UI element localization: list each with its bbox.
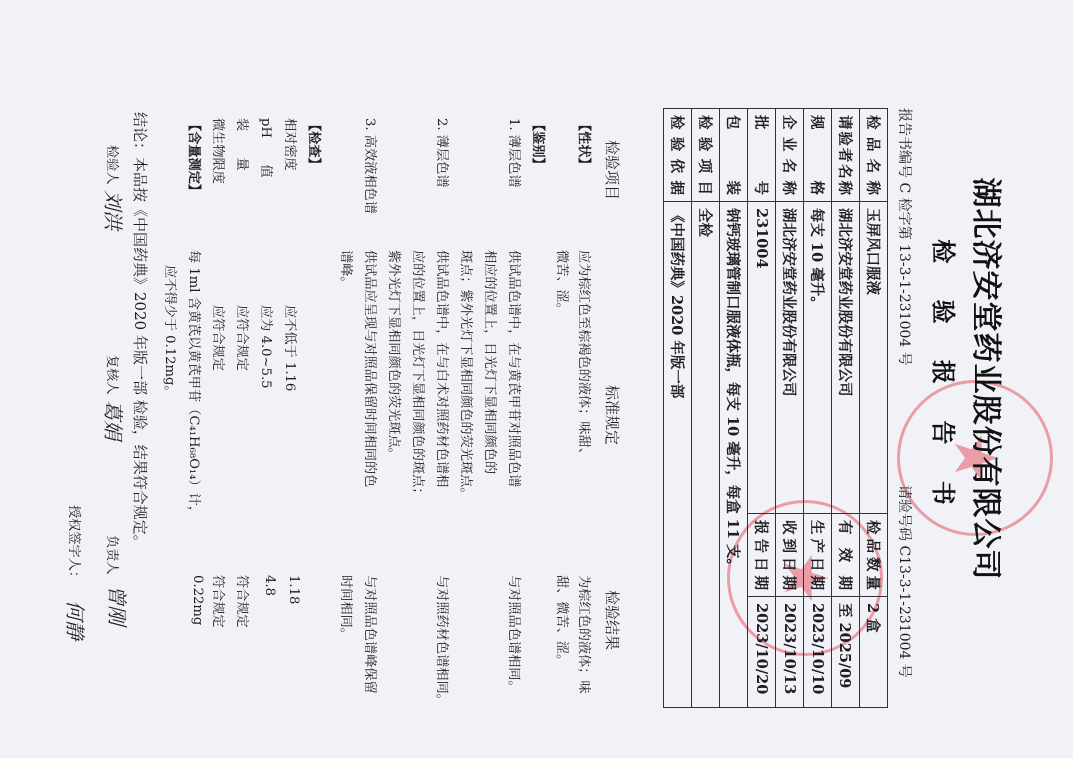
tlc2-standard-line1: 供试品色谱中，在与白术对照药材色谱相 bbox=[434, 250, 453, 487]
inspection-standard: 应符合规定 bbox=[234, 305, 253, 371]
sample-info-table: 检品名称 玉屏风口服液 检品数量 2 盒 请验者名称 湖北济安堂药业股份有限公司… bbox=[663, 108, 888, 708]
label-quantity: 检品数量 bbox=[860, 514, 888, 597]
inspection-result: 4.8 bbox=[262, 575, 277, 596]
value-expiry: 至 2025/09 bbox=[832, 597, 860, 708]
tlc2-result: 与对照药材色谱相同。 bbox=[434, 575, 453, 707]
supervisor-label: 负责人 bbox=[104, 535, 123, 575]
inspector-label: 检验人 bbox=[104, 145, 123, 185]
label-requester: 请验者名称 bbox=[832, 109, 860, 202]
hplc-result-line2: 时间相同。 bbox=[338, 575, 357, 641]
tlc1-standard-line3: 斑点；紫外光灯下显相同颜色的荧光斑点。 bbox=[458, 250, 477, 501]
character-standard-line2: 微苦、涩。 bbox=[554, 250, 573, 316]
inspection-item: 相对密度 bbox=[282, 118, 301, 171]
hplc-standard-line2: 谱峰。 bbox=[338, 250, 357, 290]
character-result-line1: 为棕红色的液体；味 bbox=[576, 575, 595, 694]
inspection-standard: 应符合规定 bbox=[210, 305, 229, 371]
tlc1-standard-line2: 相应的位置上，日光灯下显相同颜色的 bbox=[482, 250, 501, 474]
inspection-item: 微生物限度 bbox=[210, 118, 229, 184]
inspection-result: 符合规定 bbox=[234, 575, 253, 628]
value-package: 钠钙玻璃管制口服液体瓶，每支 10 毫升，每盒 11 支。 bbox=[720, 202, 748, 708]
inspection-result: 1.18 bbox=[286, 575, 301, 604]
column-header-item: 检验项目 bbox=[602, 140, 623, 200]
label-mfg-date: 生产日期 bbox=[804, 514, 832, 597]
supervisor-signature: 曾刚 bbox=[104, 585, 133, 625]
tlc1-standard-line1: 供试品色谱中，在与黄芪甲苷对照品色谱 bbox=[506, 250, 525, 487]
hplc-standard-line1: 供试品应呈现与对照品保留时间相同的色 bbox=[362, 250, 381, 487]
document-title: 检 验 报 告 书 bbox=[928, 0, 963, 758]
reviewer-signature: 葛娟 bbox=[100, 400, 129, 440]
hplc-name: 3. 高效液相色谱 bbox=[362, 118, 381, 214]
tlc2-name: 2. 薄层色谱 bbox=[434, 118, 453, 188]
label-product-name: 检品名称 bbox=[860, 109, 888, 202]
assay-result: 0.22mg bbox=[190, 575, 205, 625]
tlc1-result: 与对照品色谱相同。 bbox=[506, 575, 525, 694]
label-spec: 规 格 bbox=[804, 109, 832, 202]
value-recv-date: 2023/10/13 bbox=[776, 597, 804, 708]
value-quantity: 2 盒 bbox=[860, 597, 888, 708]
hplc-result-line1: 与对照品色谱峰保留 bbox=[362, 575, 381, 694]
request-number: 请验号码 C13-3-1-231004 号 bbox=[895, 485, 915, 678]
label-basis: 检验依据 bbox=[664, 109, 692, 202]
value-basis: 《中国药典》2020 年版一部 bbox=[664, 202, 692, 708]
section-identification-title: 【鉴别】 bbox=[530, 118, 545, 171]
inspection-report-page: ★ ★ 湖北济安堂药业股份有限公司 检 验 报 告 书 报告书编号 C 检字第 … bbox=[0, 0, 1073, 758]
tlc1-name: 1. 薄层色谱 bbox=[506, 118, 525, 188]
label-company: 企业名称 bbox=[776, 109, 804, 202]
value-batch: 231004 bbox=[748, 202, 776, 514]
inspector-signature: 刘洪 bbox=[100, 190, 129, 230]
section-assay-title: 【含量测定】 bbox=[186, 118, 201, 197]
label-recv-date: 收到日期 bbox=[776, 514, 804, 597]
report-number: 报告书编号 C 检字第 13-3-1-231004 号 bbox=[895, 108, 915, 366]
value-report-date: 2023/10/20 bbox=[748, 597, 776, 708]
value-mfg-date: 2023/10/10 bbox=[804, 597, 832, 708]
label-batch: 批 号 bbox=[748, 109, 776, 202]
section-inspection-title: 【检查】 bbox=[306, 118, 321, 171]
label-expiry: 有 效 期 bbox=[832, 514, 860, 597]
reviewer-label: 复核人 bbox=[104, 355, 123, 395]
inspection-result: 符合规定 bbox=[210, 575, 229, 628]
label-package: 包 装 bbox=[720, 109, 748, 202]
inspection-standard: 应不低于 1.16 bbox=[282, 305, 301, 391]
company-title: 湖北济安堂药业股份有限公司 bbox=[967, 0, 1011, 758]
label-report-date: 报告日期 bbox=[748, 514, 776, 597]
tlc2-standard-line2: 应的位置上，日光灯下显相同颜色的斑点； bbox=[410, 250, 429, 501]
authorized-signature: 何静 bbox=[62, 600, 91, 640]
value-product-name: 玉屏风口服液 bbox=[860, 202, 888, 514]
inspection-item: 装 量 bbox=[234, 118, 253, 171]
authorized-signatory-label: 授权签字人： bbox=[66, 505, 85, 584]
section-character-title: 【性状】 bbox=[576, 118, 591, 171]
column-header-result: 检验结果 bbox=[602, 590, 623, 650]
inspection-standard: 应为 4.0~5.5 bbox=[258, 305, 277, 389]
value-test-items: 全检 bbox=[692, 202, 720, 708]
inspection-item: pH 值 bbox=[258, 118, 277, 178]
conclusion: 结论：本品按《中国药典》2020 年版一部 检验，结果符合规定。 bbox=[130, 112, 151, 550]
character-result-line2: 甜、微苦、涩。 bbox=[554, 575, 573, 667]
label-test-items: 检验项目 bbox=[692, 109, 720, 202]
assay-standard-line1: 每 1ml 含黄芪以黄芪甲苷（C₄₁H₆₈O₁₄）计， bbox=[186, 250, 205, 519]
tlc2-standard-line3: 紫外光灯下显相同颜色的荧光斑点。 bbox=[386, 250, 405, 461]
value-company: 湖北济安堂药业股份有限公司 bbox=[776, 202, 804, 514]
value-requester: 湖北济安堂药业股份有限公司 bbox=[832, 202, 860, 514]
character-standard-line1: 应为棕红色至棕褐色的液体；味甜、 bbox=[576, 250, 595, 461]
assay-standard-line2: 应不得少于 0.12mg。 bbox=[162, 265, 181, 399]
column-header-standard: 标准规定 bbox=[602, 385, 623, 445]
value-spec: 每支 10 毫升。 bbox=[804, 202, 832, 514]
